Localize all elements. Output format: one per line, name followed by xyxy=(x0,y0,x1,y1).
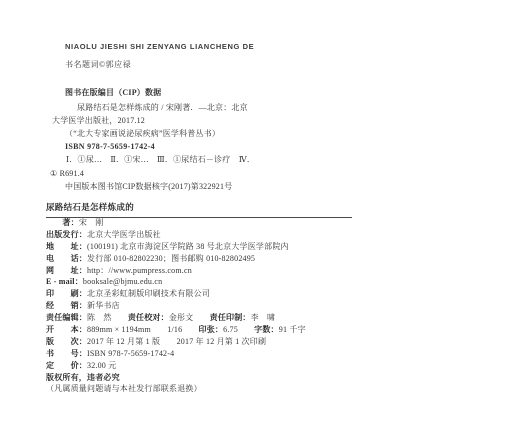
row-label: 印张： xyxy=(199,325,224,334)
row-value: 32.00 元 xyxy=(87,361,116,370)
colophon-row-publisher: 出版发行：北京大学医学出版社 xyxy=(46,229,486,241)
colophon-row-author: 著：宋 刚 xyxy=(46,217,486,229)
row-value: 新华书店 xyxy=(87,301,120,310)
row-value: booksale@bjmu.edu.cn xyxy=(83,277,162,286)
book-title: 尿路结石是怎样炼成的 xyxy=(46,201,352,218)
row-value: 2017 年 12 月第 1 版 2017 年 12 月第 1 次印刷 xyxy=(87,337,266,346)
calligraphy-credit: 书名题词©郭应禄 xyxy=(65,59,131,70)
row-label: 责任编辑： xyxy=(46,313,87,322)
row-label: 印 刷： xyxy=(46,289,87,298)
row-value: 发行部 010-82802230；图书邮购 010-82802495 xyxy=(87,254,255,263)
row-label: E - mail： xyxy=(46,277,83,286)
row-label: 地 址： xyxy=(46,242,87,251)
row-value: 北京大学医学出版社 xyxy=(87,230,161,239)
colophon-block: 著：宋 刚 出版发行：北京大学医学出版社 地 址：(100191) 北京市海淀区… xyxy=(46,217,486,395)
cip-line: 尿路结石是怎样炼成的 / 宋刚著．—北京：北京 xyxy=(77,103,248,113)
editor-segment: 责任编辑：陈 然 xyxy=(46,313,112,322)
colophon-row-website: 网 址：http：//www.pumpress.com.cn xyxy=(46,265,486,277)
cip-classification: Ⅰ．①尿… Ⅱ．①宋… Ⅲ．①尿结石－诊疗 Ⅳ． xyxy=(66,155,255,165)
row-label: 责任印制： xyxy=(210,313,251,322)
colophon-row-distributor: 经 销：新华书店 xyxy=(46,300,486,312)
print-supervisor-segment: 责任印制：李 啸 xyxy=(210,313,276,322)
row-label: 开 本： xyxy=(46,325,87,334)
cip-line: 大学医学出版社，2017.12 xyxy=(52,116,145,126)
row-value: http：//www.pumpress.com.cn xyxy=(87,266,192,275)
row-label: 责任校对： xyxy=(128,313,169,322)
colophon-row-isbn: 书 号：ISBN 978-7-5659-1742-4 xyxy=(46,348,486,360)
row-label: 书 号： xyxy=(46,349,87,358)
row-label: 版 次： xyxy=(46,337,87,346)
colophon-row-email: E - mail：booksale@bjmu.edu.cn xyxy=(46,276,486,288)
row-value: 宋 刚 xyxy=(79,218,104,227)
row-value: 91 千字 xyxy=(279,325,306,334)
row-label: 著： xyxy=(46,218,79,227)
row-value: 北京圣彩虹制版印刷技术有限公司 xyxy=(87,289,210,298)
sheets-segment: 印张：6.75 xyxy=(199,325,238,334)
colophon-row-address: 地 址：(100191) 北京市海淀区学院路 38 号北京大学医学部院内 xyxy=(46,241,486,253)
book-copyright-page: NIAOLU JIESHI SHI ZENYANG LIANCHENG DE 书… xyxy=(0,0,520,444)
row-value: 889mm × 1194mm 1/16 xyxy=(87,325,182,334)
cip-line: （“北大专家画说泌尿疾病”医学科普丛书） xyxy=(65,129,220,139)
row-label: 定 价： xyxy=(46,361,87,370)
cip-isbn: ISBN 978-7-5659-1742-4 xyxy=(65,142,155,152)
row-value: 金彤文 xyxy=(169,313,194,322)
row-label: 网 址： xyxy=(46,266,87,275)
row-label: 经 销： xyxy=(46,301,87,310)
row-value: (100191) 北京市海淀区学院路 38 号北京大学医学部院内 xyxy=(87,242,289,251)
colophon-row-edition: 版 次：2017 年 12 月第 1 版 2017 年 12 月第 1 次印刷 xyxy=(46,336,486,348)
colophon-row-phone: 电 话：发行部 010-82802230；图书邮购 010-82802495 xyxy=(46,253,486,265)
row-label: 出版发行： xyxy=(46,230,87,239)
cip-record-number: 中国版本图书馆CIP数据核字(2017)第322921号 xyxy=(65,182,232,192)
row-value: ISBN 978-7-5659-1742-4 xyxy=(87,349,174,358)
format-segment: 开 本：889mm × 1194mm 1/16 xyxy=(46,325,182,334)
cip-heading: 图书在版编目（CIP）数据 xyxy=(65,88,161,98)
copyright-notice: 版权所有，违者必究 xyxy=(46,372,486,384)
row-label: 电 话： xyxy=(46,254,87,263)
cip-class-code: ① R691.4 xyxy=(50,169,84,179)
romanized-title: NIAOLU JIESHI SHI ZENYANG LIANCHENG DE xyxy=(65,42,254,51)
row-value: 李 啸 xyxy=(251,313,276,322)
colophon-row-editors: 责任编辑：陈 然 责任校对：金彤文 责任印制：李 啸 xyxy=(46,312,486,324)
colophon-row-printer: 印 刷：北京圣彩虹制版印刷技术有限公司 xyxy=(46,288,486,300)
row-label: 字数： xyxy=(254,325,279,334)
quality-note: （凡属质量问题请与本社发行部联系退换） xyxy=(46,383,486,395)
proofreader-segment: 责任校对：金彤文 xyxy=(128,313,194,322)
row-value: 6.75 xyxy=(223,325,238,334)
colophon-row-format: 开 本：889mm × 1194mm 1/16 印张：6.75 字数：91 千字 xyxy=(46,324,486,336)
colophon-row-price: 定 价：32.00 元 xyxy=(46,360,486,372)
row-value: 陈 然 xyxy=(87,313,112,322)
wordcount-segment: 字数：91 千字 xyxy=(254,325,306,334)
